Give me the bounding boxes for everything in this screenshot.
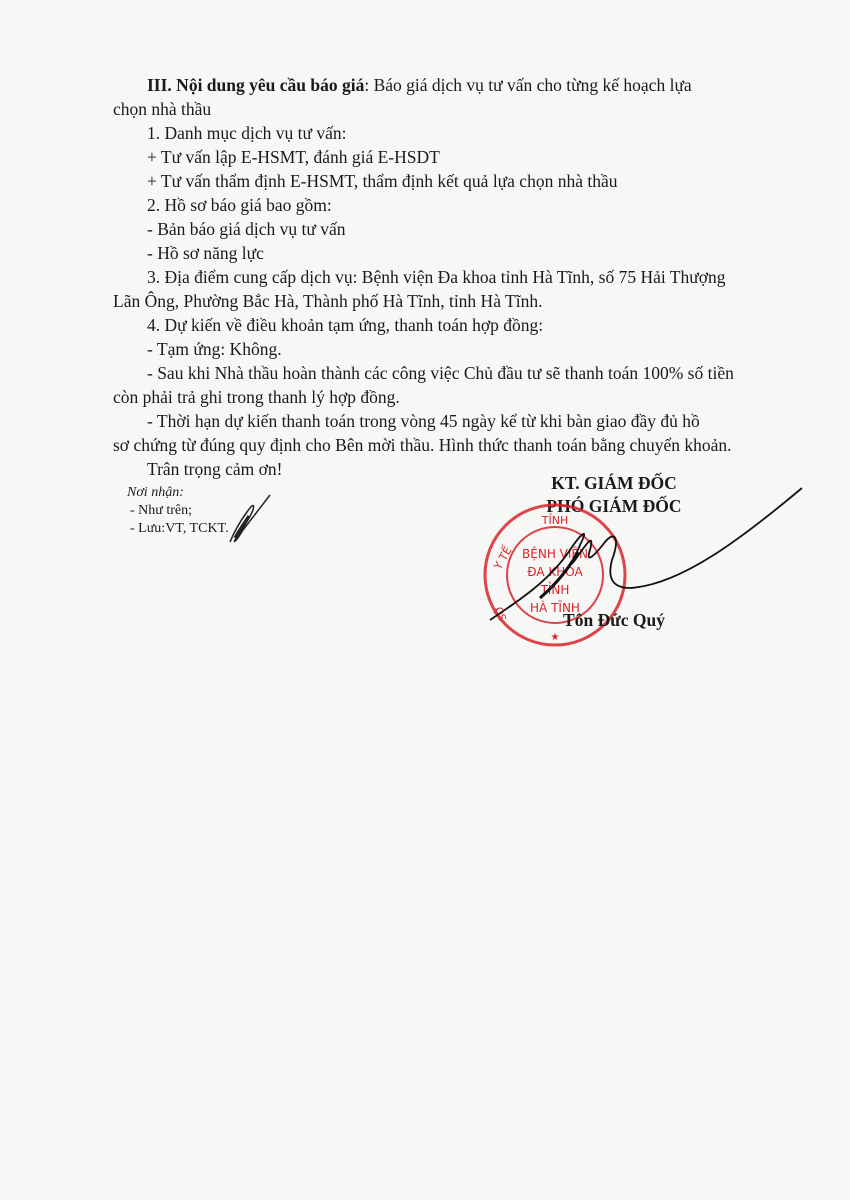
item4-title: 4. Dự kiến về điều khoản tạm ứng, thanh …	[147, 314, 543, 336]
recipient-item: - Lưu:VT, TCKT.	[130, 520, 229, 538]
item4-sub2-line2: còn phải trả ghi trong thanh lý hợp đồng…	[113, 386, 400, 408]
item1-sub1: + Tư vấn lập E-HSMT, đánh giá E-HSDT	[147, 146, 440, 168]
item2-sub1: - Bản báo giá dịch vụ tư vấn	[147, 218, 346, 240]
item3-line2: Lãn Ông, Phường Bắc Hà, Thành phố Hà Tĩn…	[113, 290, 542, 312]
section-iii-line2: chọn nhà thầu	[113, 98, 211, 120]
closing-text: Trân trọng cảm ơn!	[147, 458, 282, 480]
item4-sub1: - Tạm ứng: Không.	[147, 338, 282, 360]
section-iii-line1: III. Nội dung yêu cầu báo giá: Báo giá d…	[147, 74, 692, 96]
document-page: III. Nội dung yêu cầu báo giá: Báo giá d…	[0, 0, 850, 1200]
item1-sub2: + Tư vấn thẩm định E-HSMT, thẩm định kết…	[147, 170, 617, 192]
item4-sub3-line1: - Thời hạn dự kiến thanh toán trong vòng…	[147, 410, 700, 432]
recipient-item: - Như trên;	[130, 502, 192, 520]
handwritten-signature-icon	[480, 480, 810, 630]
section-iii-heading: III. Nội dung yêu cầu báo giá	[147, 75, 364, 95]
item1-title: 1. Danh mục dịch vụ tư vấn:	[147, 122, 347, 144]
item3-line1: 3. Địa điểm cung cấp dịch vụ: Bệnh viện …	[147, 266, 725, 288]
section-iii-intro: : Báo giá dịch vụ tư vấn cho từng kế hoạ…	[364, 75, 691, 95]
item4-sub3-line2: sơ chứng từ đúng quy định cho Bên mời th…	[113, 434, 732, 456]
item2-title: 2. Hồ sơ báo giá bao gồm:	[147, 194, 332, 216]
initials-mark-icon	[225, 490, 285, 550]
signer-name: Tôn Đức Quý	[494, 610, 734, 631]
item2-sub2: - Hồ sơ năng lực	[147, 242, 264, 264]
item4-sub2-line1: - Sau khi Nhà thầu hoàn thành các công v…	[147, 362, 734, 384]
recipients-label: Nơi nhận:	[127, 484, 184, 502]
svg-text:★: ★	[551, 632, 560, 643]
